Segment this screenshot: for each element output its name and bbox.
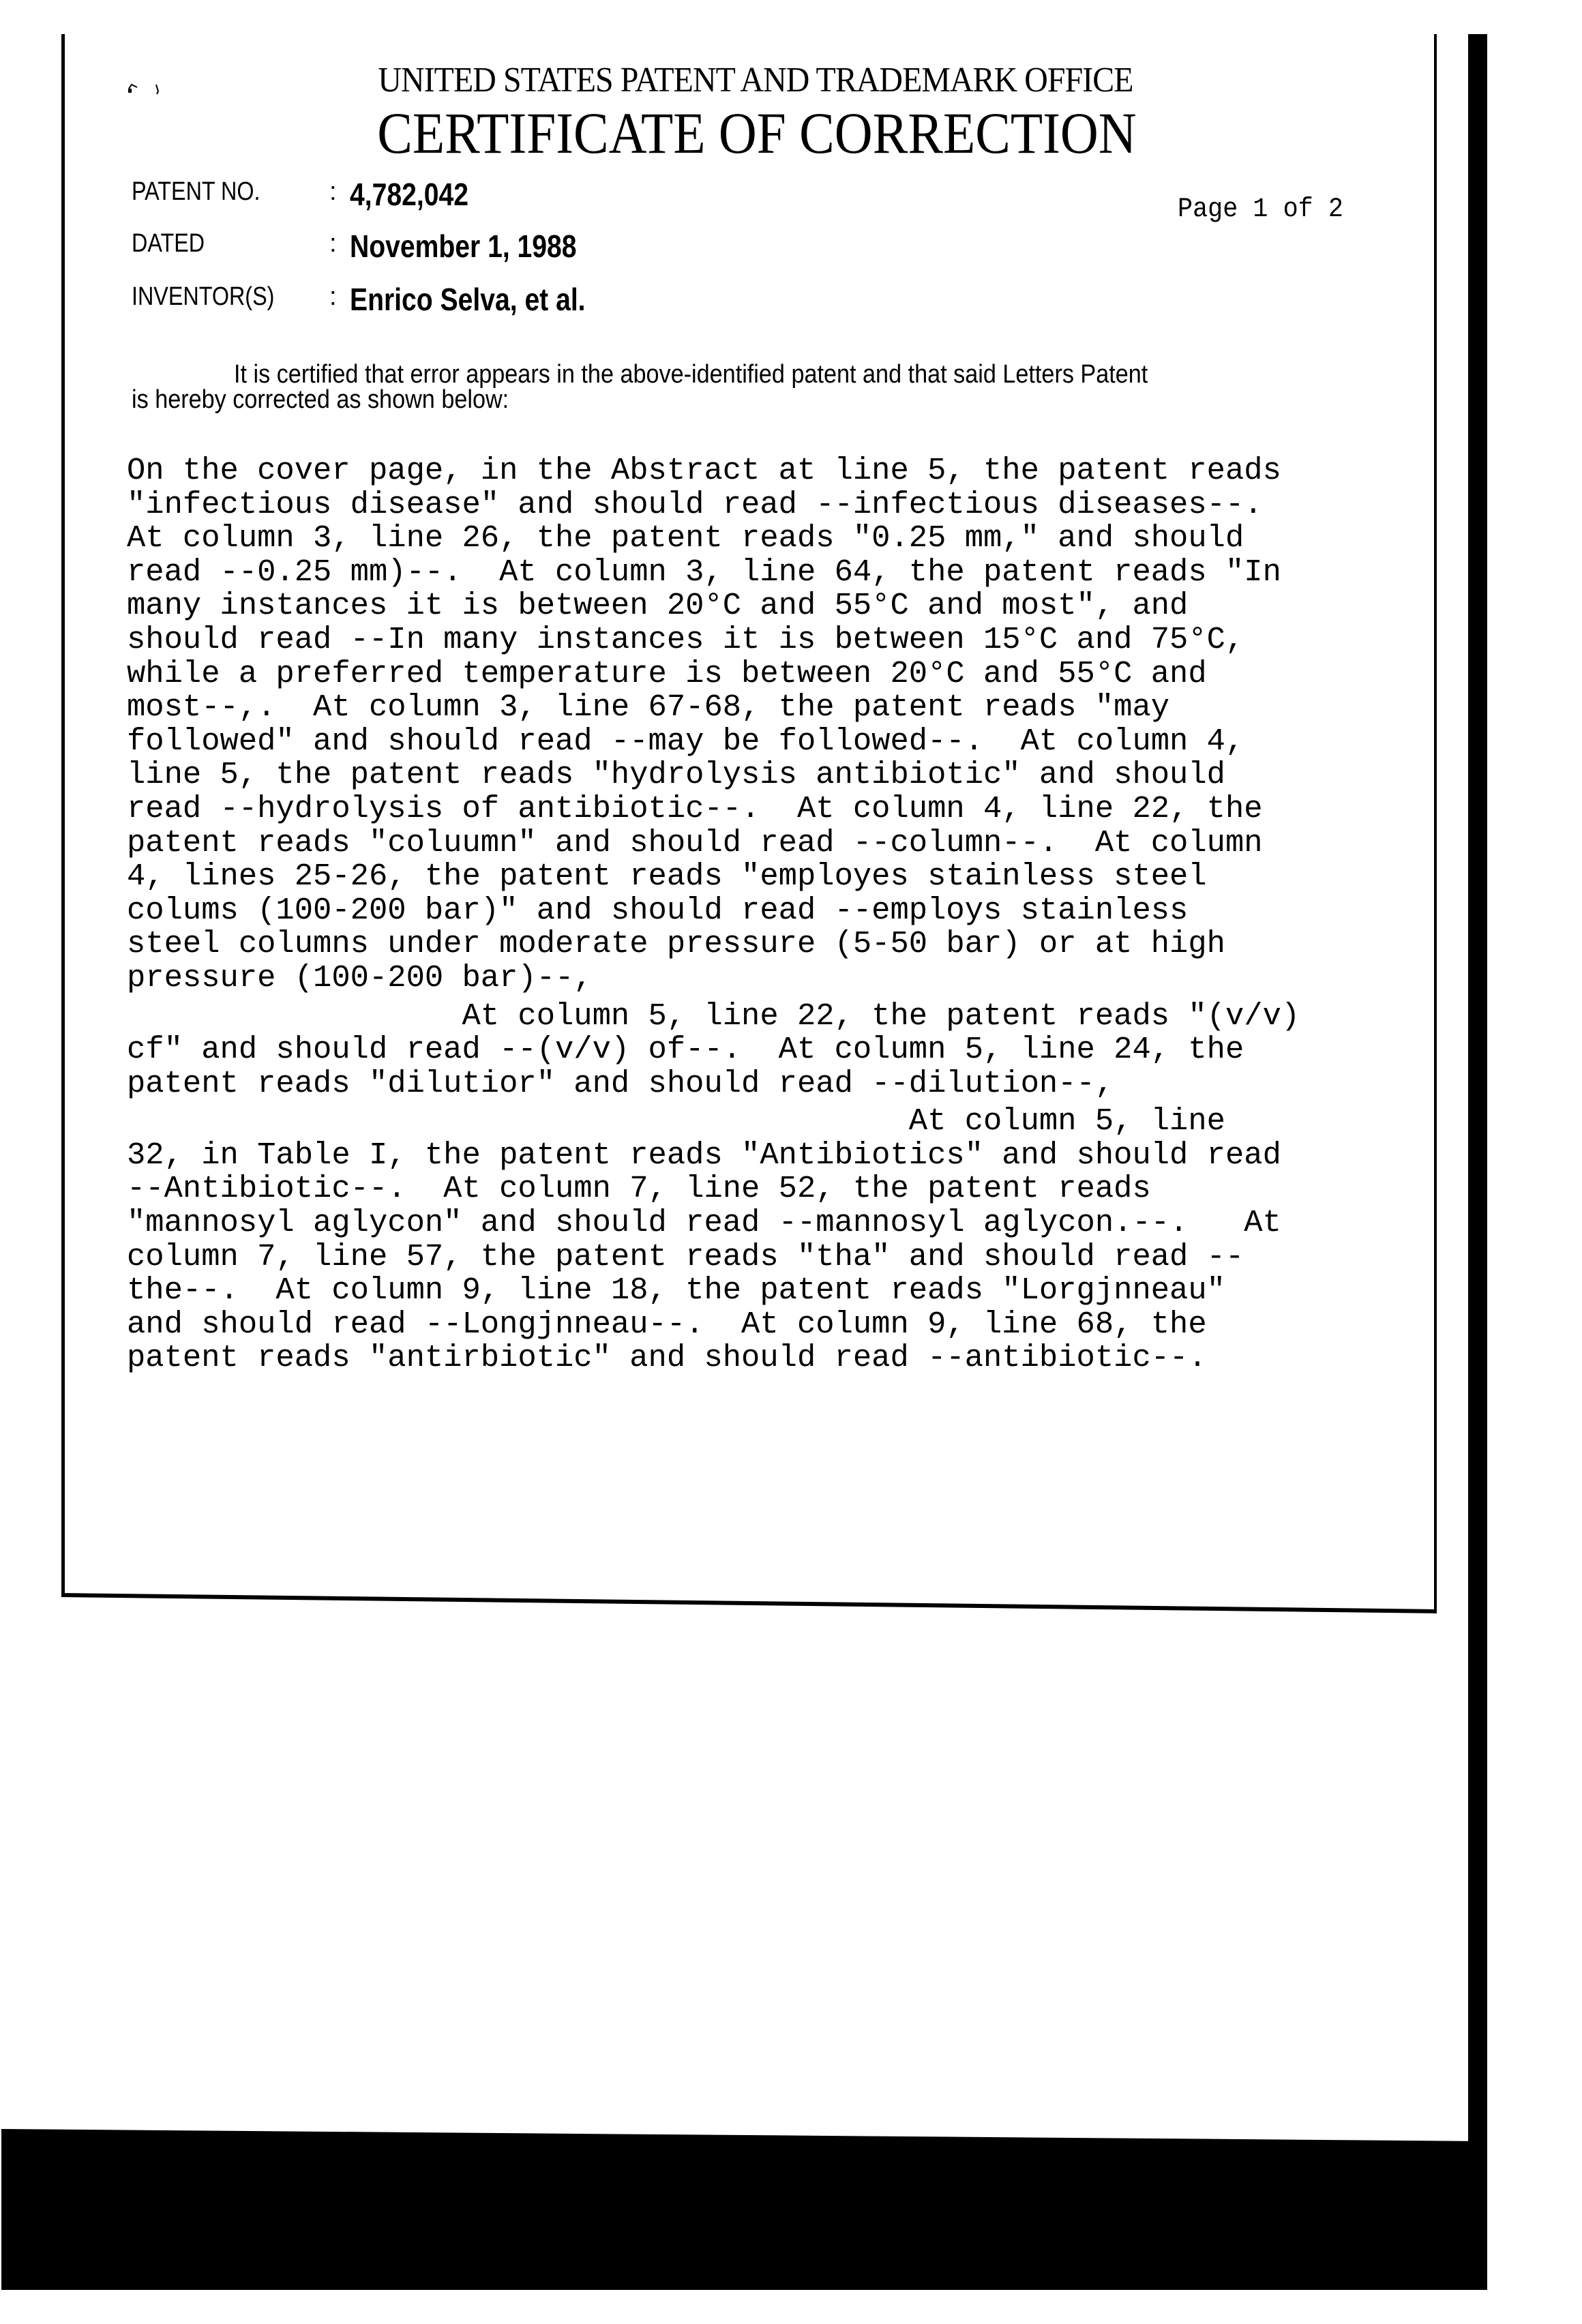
scan-speck-marks: [126, 80, 167, 95]
correction-text-line: the--. At column 9, line 18, the patent …: [127, 1274, 1463, 1308]
correction-text-line: At column 5, line 22, the patent reads "…: [127, 1000, 1463, 1034]
certification-statement-line-1: It is certified that error appears in th…: [234, 361, 1148, 387]
field-separator: :: [329, 230, 337, 256]
correction-text-line: "mannosyl aglycon" and should read --man…: [127, 1206, 1463, 1240]
correction-text-line: most--,. At column 3, line 67-68, the pa…: [127, 691, 1463, 725]
office-heading: UNITED STATES PATENT AND TRADEMARK OFFIC…: [323, 63, 1189, 98]
certificate-border-left: [61, 34, 65, 1597]
correction-text-line: patent reads "dilutior" and should read …: [127, 1067, 1463, 1101]
correction-text-line: read --hydrolysis of antibiotic--. At co…: [127, 792, 1463, 826]
inventors-value: Enrico Selva, et al.: [350, 284, 586, 315]
certificate-title: CERTIFICATE OF CORRECTION: [333, 104, 1180, 162]
correction-text-line: steel columns under moderate pressure (5…: [127, 927, 1463, 962]
correction-text-line: line 5, the patent reads "hydrolysis ant…: [127, 758, 1463, 792]
certificate-border-bottom: [61, 1593, 1437, 1613]
correction-text-line: read --0.25 mm)--. At column 3, line 64,…: [127, 556, 1463, 590]
correction-text-line: patent reads "antirbiotic" and should re…: [127, 1341, 1463, 1375]
correction-text-line: should read --In many instances it is be…: [127, 623, 1463, 657]
correction-text-line: followed" and should read --may be follo…: [127, 725, 1463, 759]
correction-text-line: column 7, line 57, the patent reads "tha…: [127, 1240, 1463, 1275]
correction-text-line: and should read --Longjnneau--. At colum…: [127, 1308, 1463, 1342]
field-separator: :: [329, 284, 337, 310]
dated-value: November 1, 1988: [350, 230, 577, 262]
correction-text-line: cf" and should read --(v/v) of--. At col…: [127, 1033, 1463, 1067]
correction-text-line: while a preferred temperature is between…: [127, 657, 1463, 691]
correction-text-line: At column 3, line 26, the patent reads "…: [127, 522, 1463, 556]
correction-text-line: colums (100-200 bar)" and should read --…: [127, 894, 1463, 928]
correction-text-line: "infectious disease" and should read --i…: [127, 488, 1463, 522]
field-separator: :: [329, 179, 337, 205]
corrections-body: On the cover page, in the Abstract at li…: [127, 454, 1463, 1375]
correction-text-line: pressure (100-200 bar)--,: [127, 962, 1463, 996]
correction-text-line: patent reads "coluumn" and should read -…: [127, 826, 1463, 861]
correction-text-line: 32, in Table I, the patent reads "Antibi…: [127, 1139, 1463, 1173]
scan-edge-bar-right: [1468, 34, 1487, 2141]
scan-edge-band-bottom: [1, 2129, 1487, 2290]
certification-statement-line-2: is hereby corrected as shown below:: [132, 387, 509, 413]
patent-number-label: PATENT NO.: [132, 179, 260, 205]
inventors-label: INVENTOR(S): [132, 284, 274, 310]
page-indicator: Page 1 of 2: [1178, 196, 1343, 224]
correction-text-line: many instances it is between 20°C and 55…: [127, 589, 1463, 623]
correction-text-line: --Antibiotic--. At column 7, line 52, th…: [127, 1172, 1463, 1206]
dated-label: DATED: [132, 230, 205, 256]
patent-number-value: 4,782,042: [350, 179, 468, 210]
correction-text-line: On the cover page, in the Abstract at li…: [127, 454, 1463, 488]
correction-text-line: 4, lines 25-26, the patent reads "employ…: [127, 860, 1463, 894]
correction-text-line: At column 5, line: [127, 1105, 1463, 1139]
